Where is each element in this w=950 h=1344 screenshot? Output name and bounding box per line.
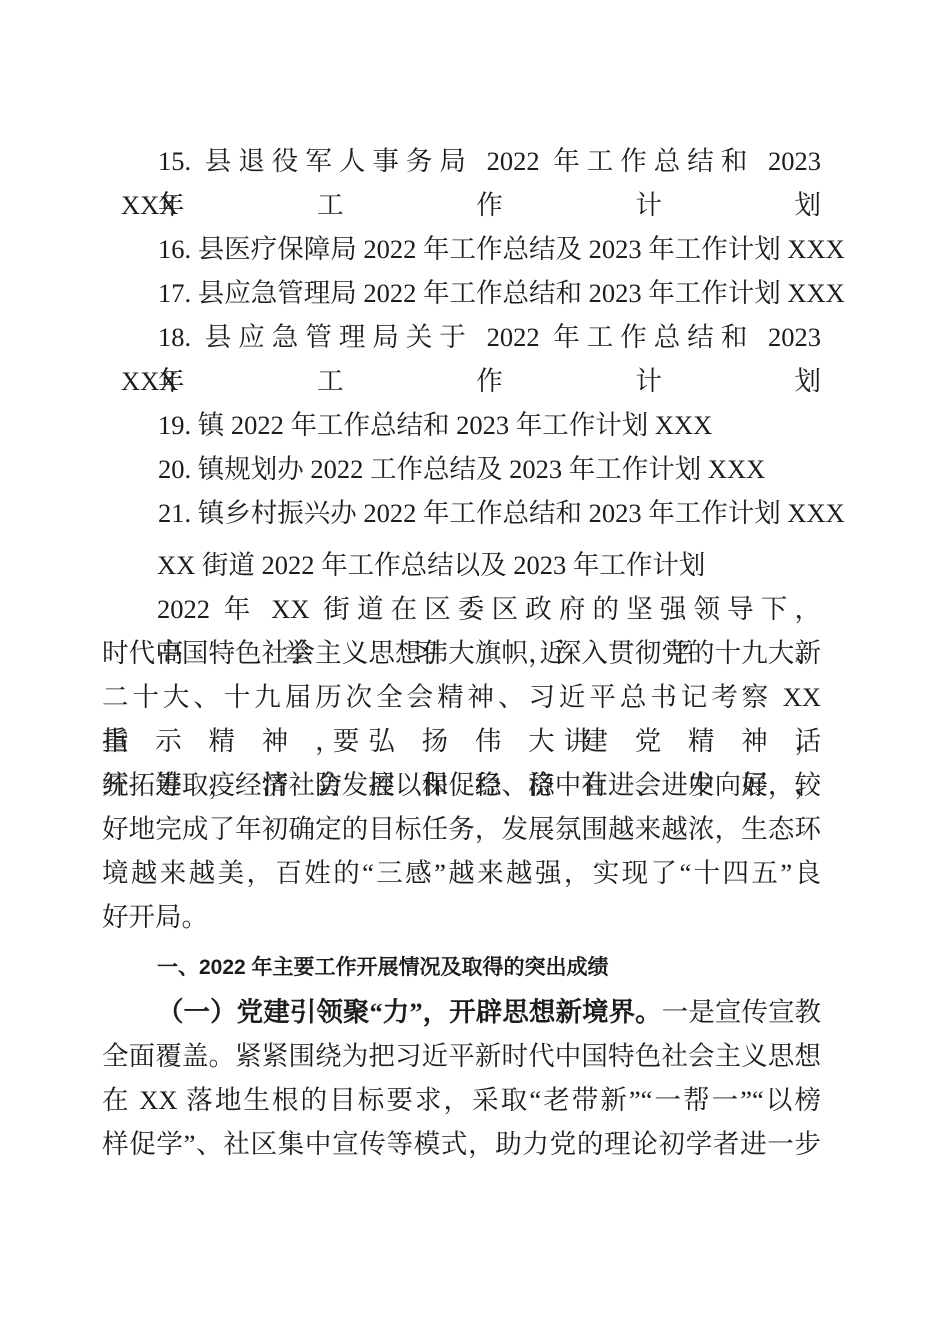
text-line: 时代中国特色社会主义思想伟大旗帜，深入贯彻党的十九大、: [102, 631, 821, 675]
text-line: 样促学”、社区集中宣传等模式，助力党的理论初学者进一步: [102, 1122, 821, 1166]
text-line: 全面覆盖。紧紧围绕为把习近平新时代中国特色社会主义思想: [102, 1034, 821, 1078]
text-line: 开拓进取，经济社会发展以保促稳、稳中有进、进中向好，较: [102, 763, 821, 807]
text-line: 一、2022 年主要工作开展情况及取得的突出成绩: [157, 946, 821, 990]
list-item-16: 16. 县医疗保障局 2022 年工作总结及 2023 年工作计划 XXX: [102, 227, 821, 271]
text-line: 境越来越美，百姓的“三感”越来越强，实现了“十四五”良: [102, 851, 821, 895]
list-item-18: 18. 县应急管理局关于 2022 年工作总结和 2023 年工作计划XXX: [102, 315, 821, 403]
text-line: 二十大、十九届历次全会精神、习近平总书记考察 XX 重要讲话: [102, 675, 821, 719]
text-line: 好开局。: [102, 895, 821, 939]
section-heading-1: 一、2022 年主要工作开展情况及取得的突出成绩: [102, 946, 821, 990]
text-line: 17. 县应急管理局 2022 年工作总结和 2023 年工作计划 XXX: [158, 271, 821, 315]
list-item-15: 15. 县退役军人事务局 2022 年工作总结和 2023 年工作计划XXX: [102, 139, 821, 227]
text-line: 21. 镇乡村振兴办 2022 年工作总结和 2023 年工作计划 XXX: [158, 491, 821, 535]
text-line: 好地完成了年初确定的目标任务，发展氛围越来越浓，生态环: [102, 807, 821, 851]
list-item-19: 19. 镇 2022 年工作总结和 2023 年工作计划 XXX: [102, 403, 821, 447]
text-line: 2022 年 XX 街道在区委区政府的坚强领导下，高举习近平新: [157, 587, 821, 631]
text-line: 18. 县应急管理局关于 2022 年工作总结和 2023 年工作计划: [158, 315, 821, 359]
text-line: 19. 镇 2022 年工作总结和 2023 年工作计划 XXX: [158, 403, 821, 447]
list-item-21: 21. 镇乡村振兴办 2022 年工作总结和 2023 年工作计划 XXX: [102, 491, 821, 535]
text-line: （一）党建引领聚“力”，开辟思想新境界。一是宣传宣教: [157, 990, 821, 1034]
text-line: XX 街道 2022 年工作总结以及 2023 年工作计划: [157, 543, 821, 587]
text-line: 20. 镇规划办 2022 工作总结及 2023 年工作计划 XXX: [158, 447, 821, 491]
text-line: 16. 县医疗保障局 2022 年工作总结及 2023 年工作计划 XXX: [158, 227, 821, 271]
list-item-17: 17. 县应急管理局 2022 年工作总结和 2023 年工作计划 XXX: [102, 271, 821, 315]
document-page: 15. 县退役军人事务局 2022 年工作总结和 2023 年工作计划XXX16…: [0, 0, 950, 1344]
doc-title: XX 街道 2022 年工作总结以及 2023 年工作计划: [102, 543, 821, 587]
document-content: 15. 县退役军人事务局 2022 年工作总结和 2023 年工作计划XXX16…: [102, 139, 821, 1166]
list-item-20: 20. 镇规划办 2022 工作总结及 2023 年工作计划 XXX: [102, 447, 821, 491]
intro-paragraph: 2022 年 XX 街道在区委区政府的坚强领导下，高举习近平新时代中国特色社会主…: [102, 587, 821, 939]
party-building-paragraph: （一）党建引领聚“力”，开辟思想新境界。一是宣传宣教全面覆盖。紧紧围绕为把习近平…: [102, 990, 821, 1166]
text-line: 指示精神，弘扬伟大建党精神，统筹疫情防控和经济社会发展，: [102, 719, 821, 763]
text-line: 15. 县退役军人事务局 2022 年工作总结和 2023 年工作计划: [158, 139, 821, 183]
text-line: 在 XX 落地生根的目标要求，采取“老带新”“一帮一”“以榜: [102, 1078, 821, 1122]
